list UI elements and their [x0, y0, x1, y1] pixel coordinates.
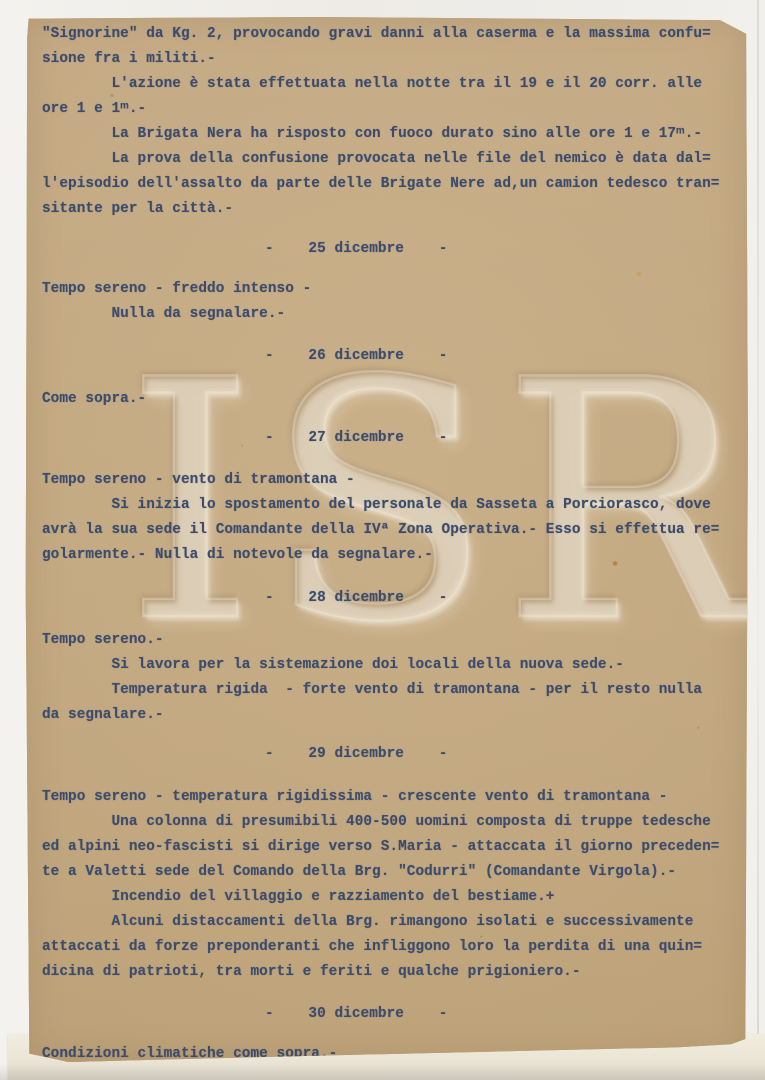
date-heading-25-dicembre: - 25 dicembre - [265, 237, 447, 262]
diary-paragraph-dec25: Tempo sereno - freddo intenso - Nulla da… [42, 277, 745, 327]
text-line: Una colonna di presumibili 400-500 uomin… [42, 810, 745, 835]
date-heading-26-dicembre: - 26 dicembre - [265, 344, 447, 369]
diary-page: ISR "Signorine" da Kg. 2, provocando gra… [25, 17, 749, 1062]
text-line: dicina di patrioti, tra morti e feriti e… [42, 960, 745, 985]
text-line: L'azione è stata effettuata nella notte … [42, 72, 745, 97]
text-line: Alcuni distaccamenti della Brg. rimangon… [42, 910, 745, 935]
diary-paragraph-dec27: Tempo sereno - vento di tramontana - Si … [42, 468, 745, 568]
date-heading-28-dicembre: - 28 dicembre - [265, 586, 447, 611]
text-line: da segnalare.- [42, 703, 745, 728]
text-line: l'episodio dell'assalto da parte delle B… [42, 172, 745, 197]
date-heading-29-dicembre: - 29 dicembre - [265, 742, 447, 767]
date-heading-30-dicembre: - 30 dicembre - [265, 1002, 447, 1027]
text-line: attaccati da forze preponderanti che inf… [42, 935, 745, 960]
text-line: te a Valetti sede del Comando della Brg.… [42, 860, 745, 885]
text-line: Nulla da segnalare.- [42, 302, 745, 327]
text-line: golarmente.- Nulla di notevole da segnal… [42, 543, 745, 568]
text-line: Si lavora per la sistemazione doi locali… [42, 653, 745, 678]
text-line: ed alpini neo-fascisti si dirige verso S… [42, 835, 745, 860]
text-line: sione fra i militi.- [42, 47, 745, 72]
text-line: "Signorine" da Kg. 2, provocando gravi d… [42, 22, 745, 47]
date-heading-27-dicembre: - 27 dicembre - [265, 426, 447, 451]
text-line: sitante per la città.- [42, 197, 745, 222]
text-line: La prova della confusione provocata nell… [42, 147, 745, 172]
text-line: ore 1 e 1ᵐ.- [42, 97, 745, 122]
text-line: Come sopra.- [42, 387, 745, 412]
diary-paragraph-dec26: Come sopra.- [42, 387, 745, 412]
text-line: Incendio del villaggio e razziamento del… [42, 885, 745, 910]
text-line: Tempo sereno - vento di tramontana - [42, 468, 745, 493]
text-line: Tempo sereno - freddo intenso - [42, 277, 745, 302]
text-line: Temperatura rigida - forte vento di tram… [42, 678, 745, 703]
text-line: Tempo sereno - temperatura rigidissima -… [42, 785, 745, 810]
text-line: Si inizia lo spostamento del personale d… [42, 493, 745, 518]
text-line: La Brigata Nera ha risposto con fuoco du… [42, 122, 745, 147]
diary-paragraph-dec24: "Signorine" da Kg. 2, provocando gravi d… [42, 22, 745, 222]
typewritten-text: "Signorine" da Kg. 2, provocando gravi d… [25, 17, 749, 1062]
diary-paragraph-dec28: Tempo sereno.- Si lavora per la sistemaz… [42, 628, 745, 728]
text-line: avrà la sua sede il Comandante della IVª… [42, 518, 745, 543]
diary-paragraph-dec29: Tempo sereno - temperatura rigidissima -… [42, 785, 745, 985]
scan-background: ISR "Signorine" da Kg. 2, provocando gra… [0, 0, 765, 1080]
text-line: Tempo sereno.- [42, 628, 745, 653]
